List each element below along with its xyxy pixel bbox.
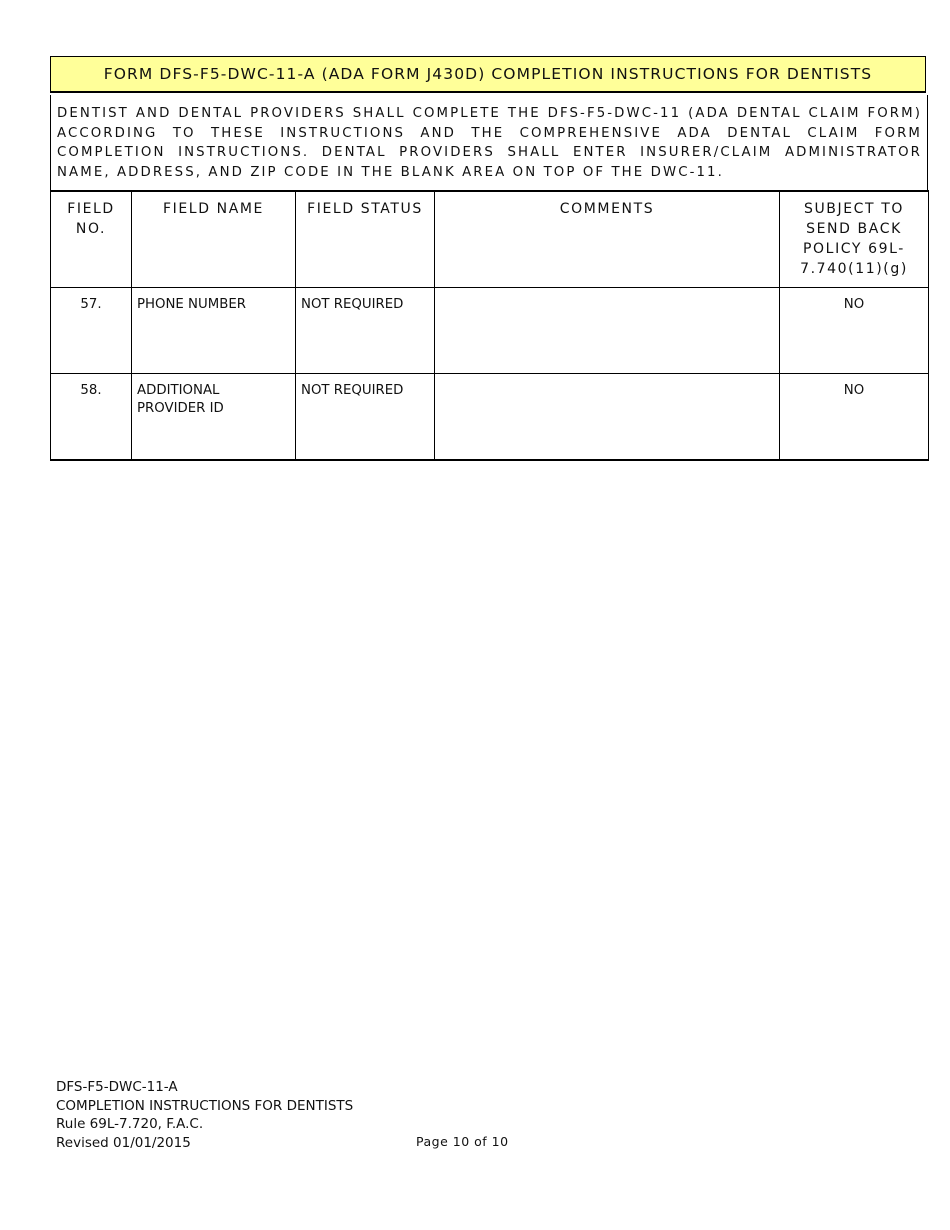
footer-form-id: DFS-F5-DWC-11-A <box>56 1078 353 1097</box>
cell-field-no: 58. <box>51 374 132 461</box>
instructions-table: FIELD NO. FIELD NAME FIELD STATUS COMMEN… <box>50 190 929 461</box>
footer-form-title: COMPLETION INSTRUCTIONS FOR DENTISTS <box>56 1097 353 1116</box>
cell-field-name: PHONE NUMBER <box>132 288 296 374</box>
intro-instructions: DENTIST AND DENTAL PROVIDERS SHALL COMPL… <box>50 95 928 192</box>
header-field-no: FIELD NO. <box>51 191 132 288</box>
table-header-row: FIELD NO. FIELD NAME FIELD STATUS COMMEN… <box>51 191 929 288</box>
cell-send-back: NO <box>780 288 929 374</box>
page-number: Page 10 of 10 <box>416 1134 509 1149</box>
cell-field-no: 57. <box>51 288 132 374</box>
header-field-status: FIELD STATUS <box>296 191 435 288</box>
cell-field-status: NOT REQUIRED <box>296 288 435 374</box>
footer-rule: Rule 69L-7.720, F.A.C. <box>56 1115 353 1134</box>
table-row: 58. ADDITIONAL PROVIDER ID NOT REQUIRED … <box>51 374 929 461</box>
page-footer: DFS-F5-DWC-11-A COMPLETION INSTRUCTIONS … <box>56 1078 353 1152</box>
footer-revised: Revised 01/01/2015 <box>56 1134 353 1153</box>
cell-field-name: ADDITIONAL PROVIDER ID <box>132 374 296 461</box>
form-title: FORM DFS-F5-DWC-11-A (ADA FORM J430D) CO… <box>50 56 926 93</box>
cell-send-back: NO <box>780 374 929 461</box>
header-send-back: SUBJECT TO SEND BACK POLICY 69L-7.740(11… <box>780 191 929 288</box>
table-row: 57. PHONE NUMBER NOT REQUIRED NO <box>51 288 929 374</box>
cell-comments <box>435 374 780 461</box>
cell-field-status: NOT REQUIRED <box>296 374 435 461</box>
header-comments: COMMENTS <box>435 191 780 288</box>
header-field-name: FIELD NAME <box>132 191 296 288</box>
cell-comments <box>435 288 780 374</box>
